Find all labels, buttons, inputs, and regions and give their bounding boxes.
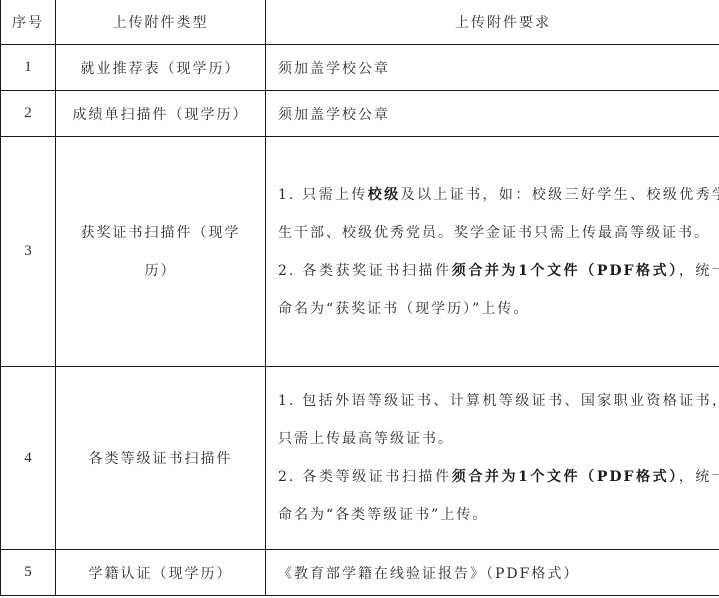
- row-type: 获奖证书扫描件（现学 历）: [56, 137, 266, 367]
- emphasis-text: 须合并为1个文件（PDF格式）: [452, 263, 679, 279]
- row-index: 5: [1, 550, 56, 596]
- row-index: 2: [1, 91, 56, 137]
- table-row: 5 学籍认证（现学历） 《教育部学籍在线验证报告》（PDF格式）: [1, 550, 719, 596]
- row-type: 学籍认证（现学历）: [56, 550, 266, 596]
- requirement-paragraph-1: 1. 包括外语等级证书、计算机等级证书、国家职业资格证书，只需上传最高等级证书。: [278, 382, 719, 458]
- table-header-row: 序号 上传附件类型 上传附件要求: [1, 0, 719, 45]
- table-row: 3 获奖证书扫描件（现学 历） 1. 只需上传校级及以上证书，如：校级三好学生、…: [1, 137, 719, 367]
- row-index: 4: [1, 367, 56, 550]
- header-requirement: 上传附件要求: [266, 0, 719, 45]
- emphasis-text: 校级: [368, 187, 401, 203]
- row-type: 各类等级证书扫描件: [56, 367, 266, 550]
- row-requirement: 《教育部学籍在线验证报告》（PDF格式）: [266, 550, 719, 596]
- header-type: 上传附件类型: [56, 0, 266, 45]
- header-index: 序号: [1, 0, 56, 45]
- requirement-paragraph-2: 2. 各类等级证书扫描件须合并为1个文件（PDF格式），统一命名为“各类等级证书…: [278, 458, 719, 534]
- table-row: 4 各类等级证书扫描件 1. 包括外语等级证书、计算机等级证书、国家职业资格证书…: [1, 367, 719, 550]
- table-row: 2 成绩单扫描件（现学历） 须加盖学校公章: [1, 91, 719, 137]
- row-type-line2: 历）: [145, 263, 177, 279]
- row-requirement: 须加盖学校公章: [266, 91, 719, 137]
- requirement-paragraph-2: 2. 各类获奖证书扫描件须合并为1个文件（PDF格式），统一命名为“获奖证书（现…: [278, 252, 719, 328]
- row-requirement: 1. 包括外语等级证书、计算机等级证书、国家职业资格证书，只需上传最高等级证书。…: [266, 367, 719, 550]
- row-requirement: 1. 只需上传校级及以上证书，如：校级三好学生、校级优秀学生干部、校级优秀党员。…: [266, 137, 719, 367]
- emphasis-text: 须合并为1个文件（PDF格式）: [452, 469, 679, 485]
- requirement-paragraph-1: 1. 只需上传校级及以上证书，如：校级三好学生、校级优秀学生干部、校级优秀党员。…: [278, 176, 719, 252]
- row-index: 3: [1, 137, 56, 367]
- row-requirement: 须加盖学校公章: [266, 45, 719, 91]
- row-type-line1: 获奖证书扫描件（现学: [81, 225, 241, 241]
- row-type: 成绩单扫描件（现学历）: [56, 91, 266, 137]
- row-index: 1: [1, 45, 56, 91]
- upload-attachments-table: 序号 上传附件类型 上传附件要求 1 就业推荐表（现学历） 须加盖学校公章 2 …: [0, 0, 719, 596]
- row-type: 就业推荐表（现学历）: [56, 45, 266, 91]
- table-row: 1 就业推荐表（现学历） 须加盖学校公章: [1, 45, 719, 91]
